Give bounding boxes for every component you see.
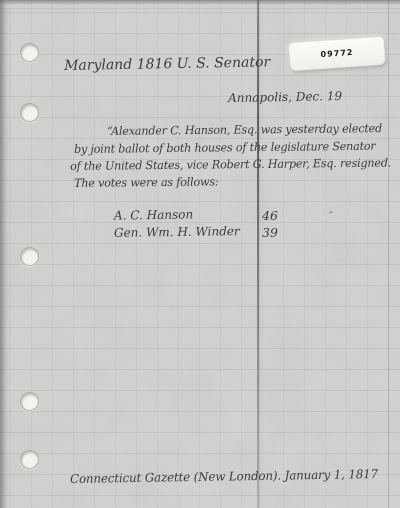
vote-row: A. C. Hanson 46 ″ [0, 208, 400, 225]
ruled-grid-lines [0, 0, 400, 508]
vote-name: A. C. Hanson [114, 207, 193, 222]
paper-texture [0, 0, 400, 508]
punch-hole [20, 103, 39, 122]
catalog-number: 09772 [320, 48, 353, 59]
vote-row: Gen. Wm. H. Winder 39 [0, 225, 400, 242]
paper-left-edge [0, 0, 9, 508]
note-citation: Connecticut Gazette (New London). Januar… [70, 467, 378, 486]
note-body-line: of the United States, vice Robert G. Har… [70, 156, 391, 173]
punch-hole [20, 43, 39, 62]
note-title: Maryland 1816 U. S. Senator [64, 54, 270, 74]
paper-top-edge [0, 0, 400, 5]
scanned-note-page: 09772 Maryland 1816 U. S. Senator Annapo… [0, 0, 400, 508]
punch-hole [20, 392, 39, 411]
note-body-line: The votes were as follows: [74, 174, 219, 190]
note-dateline: Annapolis, Dec. 19 [228, 89, 342, 105]
paper-right-edge [388, 0, 389, 508]
page-crease-line [257, 0, 259, 508]
vote-count: 46 [262, 208, 278, 223]
catalog-sticker: 09772 [288, 36, 386, 72]
note-body-line: by joint ballot of both houses of the le… [74, 139, 376, 156]
ditto-mark: ″ [329, 211, 333, 222]
vote-name: Gen. Wm. H. Winder [114, 224, 240, 240]
punch-hole [20, 450, 39, 469]
vote-count: 39 [262, 225, 278, 240]
note-body-line: “Alexander C. Hanson, Esq. was yesterday… [107, 121, 382, 138]
punch-hole [20, 247, 39, 266]
